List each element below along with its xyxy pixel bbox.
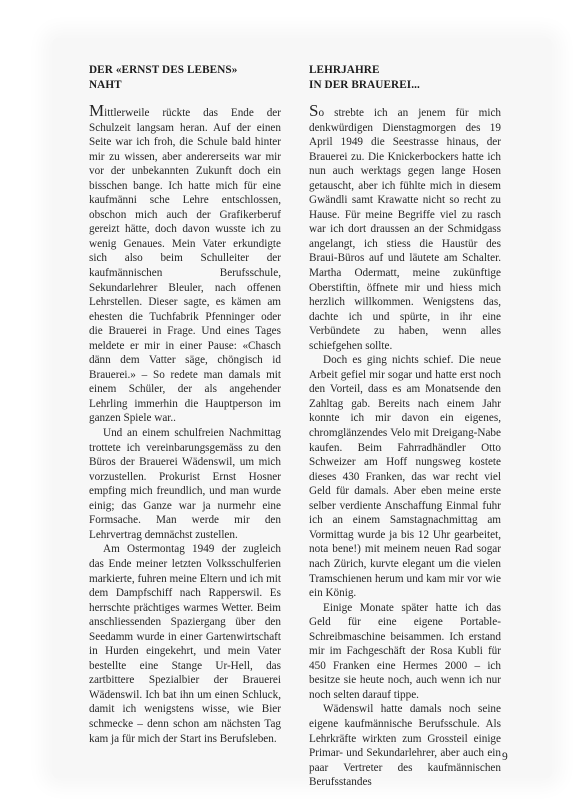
paragraph: Und an einem schulfreien Nachmittag trot… — [89, 426, 281, 542]
paragraph: Mittlerweile rückte das Ende der Schulze… — [89, 106, 281, 426]
heading-line-1: LEHRJAHRE — [309, 64, 380, 76]
paragraph: Am Ostermontag 1949 der zugleich das End… — [89, 542, 281, 746]
left-column: DER «ERNST DES LEBENS» NAHT Mittlerweile… — [89, 63, 281, 746]
heading-line-1: DER «ERNST DES LEBENS» — [89, 64, 237, 76]
page-number: 9 — [502, 751, 508, 763]
paragraph-text: ittlerweile rückte das Ende der Schulzei… — [89, 107, 281, 424]
heading-line-2: NAHT — [89, 79, 122, 91]
right-column: LEHRJAHRE IN DER BRAUEREI... So strebte … — [309, 63, 501, 790]
paragraph-text: o strebte ich an jenem für mich denkwürd… — [309, 107, 501, 352]
heading-line-2: IN DER BRAUEREI... — [309, 79, 420, 91]
drop-cap: M — [89, 101, 104, 120]
section-heading-ernst-des-lebens: DER «ERNST DES LEBENS» NAHT — [89, 63, 281, 93]
paragraph: Einige Monate später hatte ich das Geld … — [309, 601, 501, 703]
section-heading-lehrjahre: LEHRJAHRE IN DER BRAUEREI... — [309, 63, 501, 93]
paragraph: Wädenswil hatte damals noch seine eigene… — [309, 702, 501, 789]
paragraph: So strebte ich an jenem für mich denkwür… — [309, 106, 501, 353]
paragraph: Doch es ging nichts schief. Die neue Arb… — [309, 353, 501, 600]
